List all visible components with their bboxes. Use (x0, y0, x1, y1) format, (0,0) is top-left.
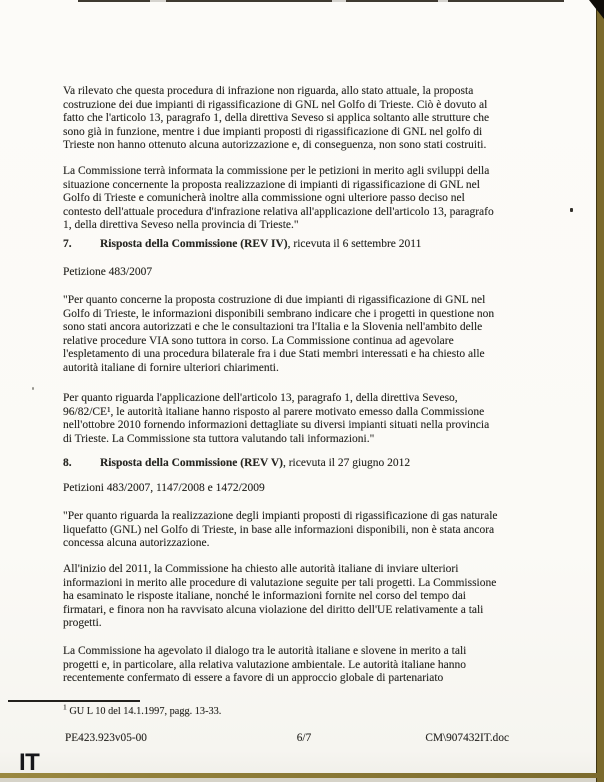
text-line: l'espletamento di una procedura bilatera… (63, 348, 494, 362)
scan-edge-bottom (0, 773, 604, 778)
text-line: ha esaminato le risposte italiane, nonch… (63, 590, 496, 604)
text-line: progetti e, in particolare, alla relativ… (63, 659, 466, 673)
paragraph: Va rilevato che questa procedura di infr… (63, 85, 489, 153)
section-title-suffix: , ricevuta il 27 giugno 2012 (283, 457, 410, 469)
paragraph: Per quanto riguarda l'applicazione dell'… (63, 392, 489, 446)
text-line: di Trieste. La Commissione sta tuttora v… (63, 433, 489, 447)
page-footer: PE423.923v05-00 6/7 CM\907432IT.doc (63, 732, 545, 748)
footer-document-reference: PE423.923v05-00 (65, 732, 147, 744)
text-line: 1, della direttiva Seveso nella provinci… (63, 219, 494, 233)
text-line: Trieste non hanno ottenuto alcuna autori… (63, 139, 489, 153)
text-line: sono stati ancora autorizzati e che le c… (63, 321, 494, 335)
section-title: Risposta della Commissione (REV V) (100, 457, 283, 469)
text-line: fatto che l'articolo 13, paragrafo 1, de… (63, 112, 489, 126)
section-number: 7. (63, 238, 100, 252)
text-line: progetti. (63, 617, 496, 631)
scan-edge-bottom-strip (0, 778, 604, 782)
text-line: firmatari, e finora non ha ravvisato alc… (63, 604, 496, 618)
text-line: Va rilevato che questa procedura di infr… (63, 85, 489, 99)
footnote-text: GU L 10 del 14.1.1997, pagg. 13-33. (67, 706, 222, 717)
section-number: 8. (63, 457, 100, 471)
text-line: sono già in funzione, mentre i due impia… (63, 126, 489, 140)
text-line: concessa alcuna autorizzazione. (63, 537, 498, 551)
paragraph: La Commissione terrà informata la commis… (63, 165, 494, 233)
text-line: Per quanto riguarda l'applicazione dell'… (63, 392, 489, 406)
paragraph: "Per quanto concerne la proposta costruz… (63, 294, 494, 375)
petition-reference: Petizione 483/2007 (63, 266, 152, 280)
text-line: La Commissione ha agevolato il dialogo t… (63, 645, 466, 659)
text-line: 96/82/CE¹, le autorità italiane hanno ri… (63, 406, 489, 420)
scan-speck (32, 387, 34, 390)
text-line: costruzione dei due impianti di rigassif… (63, 99, 489, 113)
text-line: La Commissione terrà informata la commis… (63, 165, 494, 179)
footnote-separator (8, 700, 140, 702)
scanned-document-page: Va rilevato che questa procedura di infr… (0, 0, 604, 782)
section-title: Risposta della Commissione (REV IV) (100, 238, 288, 250)
text-line: nell'ottobre 2010 fornendo informazioni … (63, 419, 489, 433)
text-line: Petizione 483/2007 (63, 266, 152, 280)
footnote: 1 GU L 10 del 14.1.1997, pagg. 13-33. (63, 706, 221, 718)
text-line: situazione concernente la proposta reali… (63, 179, 494, 193)
section-heading: 8.Risposta della Commissione (REV V), ri… (63, 457, 410, 471)
footer-page-number: 6/7 (297, 732, 311, 744)
section-title-suffix: , ricevuta il 6 settembre 2011 (288, 238, 422, 250)
text-line: recentemente confermato di essere a favo… (63, 672, 466, 686)
text-line: contesto dell'attuale procedura d'infraz… (63, 206, 494, 220)
text-line: Golfo di Trieste, le informazioni dispon… (63, 308, 494, 322)
text-line: Golfo di Trieste e comunicherà inoltre a… (63, 192, 494, 206)
language-code-label: IT (19, 751, 39, 775)
paragraph: All'inizio del 2011, la Commissione ha c… (63, 563, 496, 631)
scan-edge-right (596, 0, 604, 782)
text-line: liquefatto (GNL) nel Golfo di Trieste, i… (63, 524, 498, 538)
text-line: relative procedure VIA sono tuttora in c… (63, 335, 494, 349)
paragraph: "Per quanto riguarda la realizzazione de… (63, 510, 498, 551)
petition-reference: Petizioni 483/2007, 1147/2008 e 1472/200… (63, 482, 265, 496)
text-line: Petizioni 483/2007, 1147/2008 e 1472/200… (63, 482, 265, 496)
footer-filename: CM\907432IT.doc (425, 732, 509, 744)
text-line: informazioni in merito alle procedure di… (63, 577, 496, 591)
text-line: "Per quanto riguarda la realizzazione de… (63, 510, 498, 524)
text-line: "Per quanto concerne la proposta costruz… (63, 294, 494, 308)
document-body: Va rilevato che questa procedura di infr… (63, 0, 545, 782)
text-line: autorità italiane di fornire ulteriori c… (63, 362, 494, 376)
section-heading: 7.Risposta della Commissione (REV IV), r… (63, 238, 421, 252)
scan-speck (570, 208, 573, 212)
text-line: All'inizio del 2011, la Commissione ha c… (63, 563, 496, 577)
paragraph: La Commissione ha agevolato il dialogo t… (63, 645, 466, 686)
